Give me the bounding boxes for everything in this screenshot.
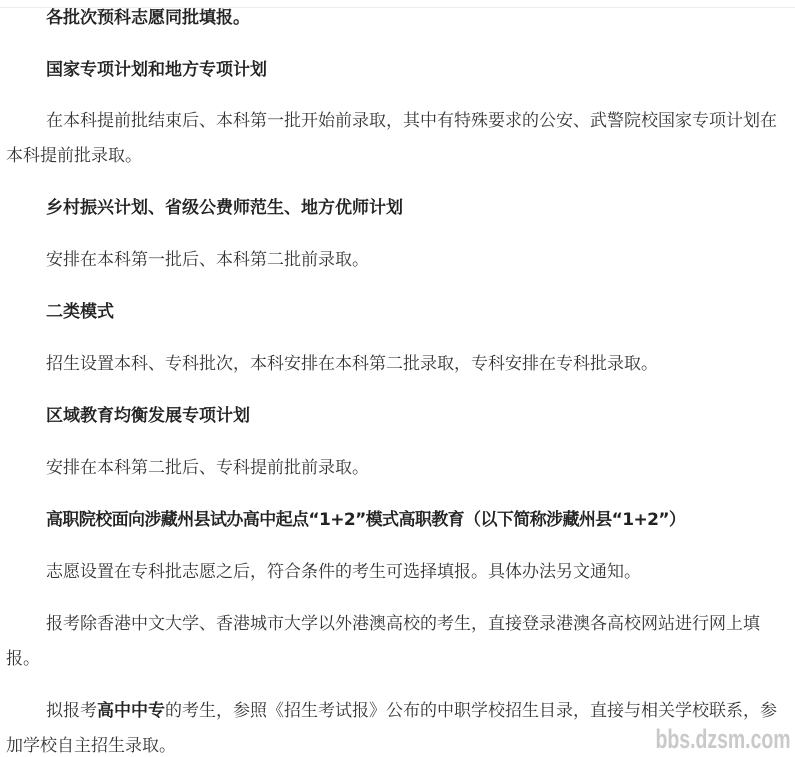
heading-type-two-mode: 二类模式	[6, 295, 786, 330]
heading-regional-education-plan: 区域教育均衡发展专项计划	[6, 399, 786, 434]
heading-tibetan-1plus2: 高职院校面向涉藏州县试办高中起点“1+2”模式高职教育（以下简称涉藏州县“1+2…	[6, 503, 786, 538]
paragraph-national-special-plan: 在本科提前批结束后、本科第一批开始前录取，其中有特殊要求的公安、武警院校国家专项…	[6, 104, 786, 174]
highlight-secondary-vocational: 高中中专	[97, 701, 165, 721]
paragraph-regional-education-plan: 安排在本科第二批后、专科提前批前录取。	[6, 451, 786, 486]
heading-rural-revitalization-plan: 乡村振兴计划、省级公费师范生、地方优师计划	[6, 191, 786, 226]
paragraph-hk-macau-universities: 报考除香港中文大学、香港城市大学以外港澳高校的考生，直接登录港澳各高校网站进行网…	[6, 607, 786, 677]
paragraph-tibetan-1plus2: 志愿设置在专科批志愿之后，符合条件的考生可选择填报。具体办法另文通知。	[6, 555, 786, 590]
text-prefix: 拟报考	[46, 701, 97, 721]
paragraph-rural-revitalization-plan: 安排在本科第一批后、本科第二批前录取。	[6, 243, 786, 278]
heading-national-special-plan: 国家专项计划和地方专项计划	[6, 53, 786, 88]
heading-preparatory-batch: 各批次预科志愿同批填报。	[6, 1, 786, 36]
watermark: bbs.dzsm.com	[656, 724, 791, 755]
paragraph-type-two-mode: 招生设置本科、专科批次，本科安排在本科第二批录取，专科安排在专科批录取。	[6, 347, 786, 382]
